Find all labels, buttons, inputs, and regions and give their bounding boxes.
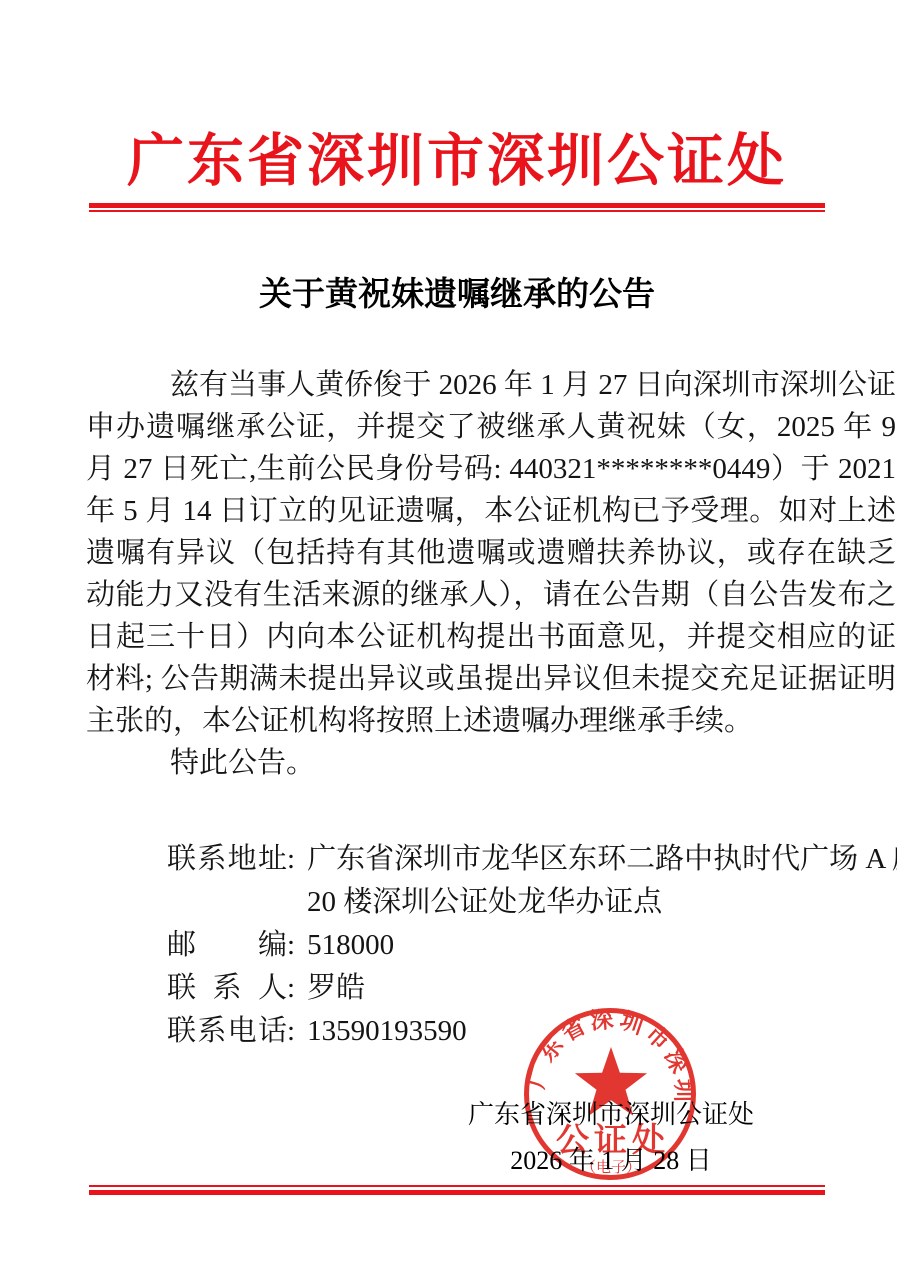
contact-value-person: 罗皓 xyxy=(307,972,365,1004)
notice-body-line: 遗嘱有异议（包括持有其他遗嘱或遗赠扶养协议，或存在缺乏劳 xyxy=(86,532,896,574)
footer-divider-thin xyxy=(89,1185,825,1187)
notice-body: 兹有当事人黄侨俊于 2026 年 1 月 27 日向深圳市深圳公证处 申办遗嘱继… xyxy=(86,364,896,784)
notice-title: 关于黄祝妹遗嘱继承的公告 xyxy=(89,268,825,315)
footer-divider-thick xyxy=(89,1190,825,1195)
contact-row-phone: 联系电话:13590193590 xyxy=(167,1010,897,1053)
contact-block: 联系地址:广东省深圳市龙华区东环二路中执时代广场 A 座 20 楼深圳公证处龙华… xyxy=(167,838,897,1053)
notice-body-line: 主张的，本公证机构将按照上述遗嘱办理继承手续。 xyxy=(86,700,896,742)
contact-row-address: 联系地址:广东省深圳市龙华区东环二路中执时代广场 A 座 xyxy=(167,838,897,881)
notice-body-line: 申办遗嘱继承公证，并提交了被继承人黄祝妹（女，2025 年 9 xyxy=(86,406,896,448)
notice-closing-line: 特此公告。 xyxy=(86,742,896,784)
contact-value-address: 广东省深圳市龙华区东环二路中执时代广场 A 座 xyxy=(307,843,897,875)
contact-label-person: 联系人 xyxy=(167,967,287,1010)
notice-body-line: 年 5 月 14 日订立的见证遗嘱，本公证机构已予受理。如对上述 xyxy=(86,490,896,532)
contact-label-phone: 联系电话 xyxy=(167,1010,287,1053)
notice-body-line: 月 27 日死亡,生前公民身份号码: 440321********0449）于 … xyxy=(86,448,896,490)
contact-colon: : xyxy=(287,972,295,1004)
notice-body-line: 兹有当事人黄侨俊于 2026 年 1 月 27 日向深圳市深圳公证处 xyxy=(86,364,896,406)
notice-body-line: 材料; 公告期满未提出异议或虽提出异议但未提交充足证据证明 xyxy=(86,658,896,700)
notice-document: 广东省深圳市深圳公证处 关于黄祝妹遗嘱继承的公告 兹有当事人黄侨俊于 2026 … xyxy=(0,0,906,1281)
signature-date: 2026 年 1 月 28 日 xyxy=(421,1138,801,1184)
header-org-name: 广东省深圳市深圳公证处 xyxy=(89,126,825,198)
contact-row-postcode: 邮编:518000 xyxy=(167,924,897,967)
header-divider-thick xyxy=(89,203,825,208)
contact-value-phone: 13590193590 xyxy=(307,1015,467,1047)
contact-colon: : xyxy=(287,929,295,961)
contact-label-postcode: 邮编 xyxy=(167,924,287,967)
contact-value-postcode: 518000 xyxy=(307,929,394,961)
notice-body-line: 日起三十日）内向本公证机构提出书面意见，并提交相应的证据 xyxy=(86,616,896,658)
contact-colon: : xyxy=(287,1015,295,1047)
header-divider-thin xyxy=(89,210,825,212)
contact-label-address: 联系地址 xyxy=(167,838,287,881)
contact-row-address-line2: 20 楼深圳公证处龙华办证点 xyxy=(167,881,897,924)
contact-colon: : xyxy=(287,843,295,875)
contact-value-address-line2: 20 楼深圳公证处龙华办证点 xyxy=(307,886,662,918)
notice-body-line: 动能力又没有生活来源的继承人），请在公告期（自公告发布之 xyxy=(86,574,896,616)
contact-row-person: 联系人:罗皓 xyxy=(167,967,897,1010)
signature-org-name: 广东省深圳市深圳公证处 xyxy=(421,1092,801,1138)
signature-block: 广东省深圳市深圳公证处 2026 年 1 月 28 日 xyxy=(421,1092,801,1184)
